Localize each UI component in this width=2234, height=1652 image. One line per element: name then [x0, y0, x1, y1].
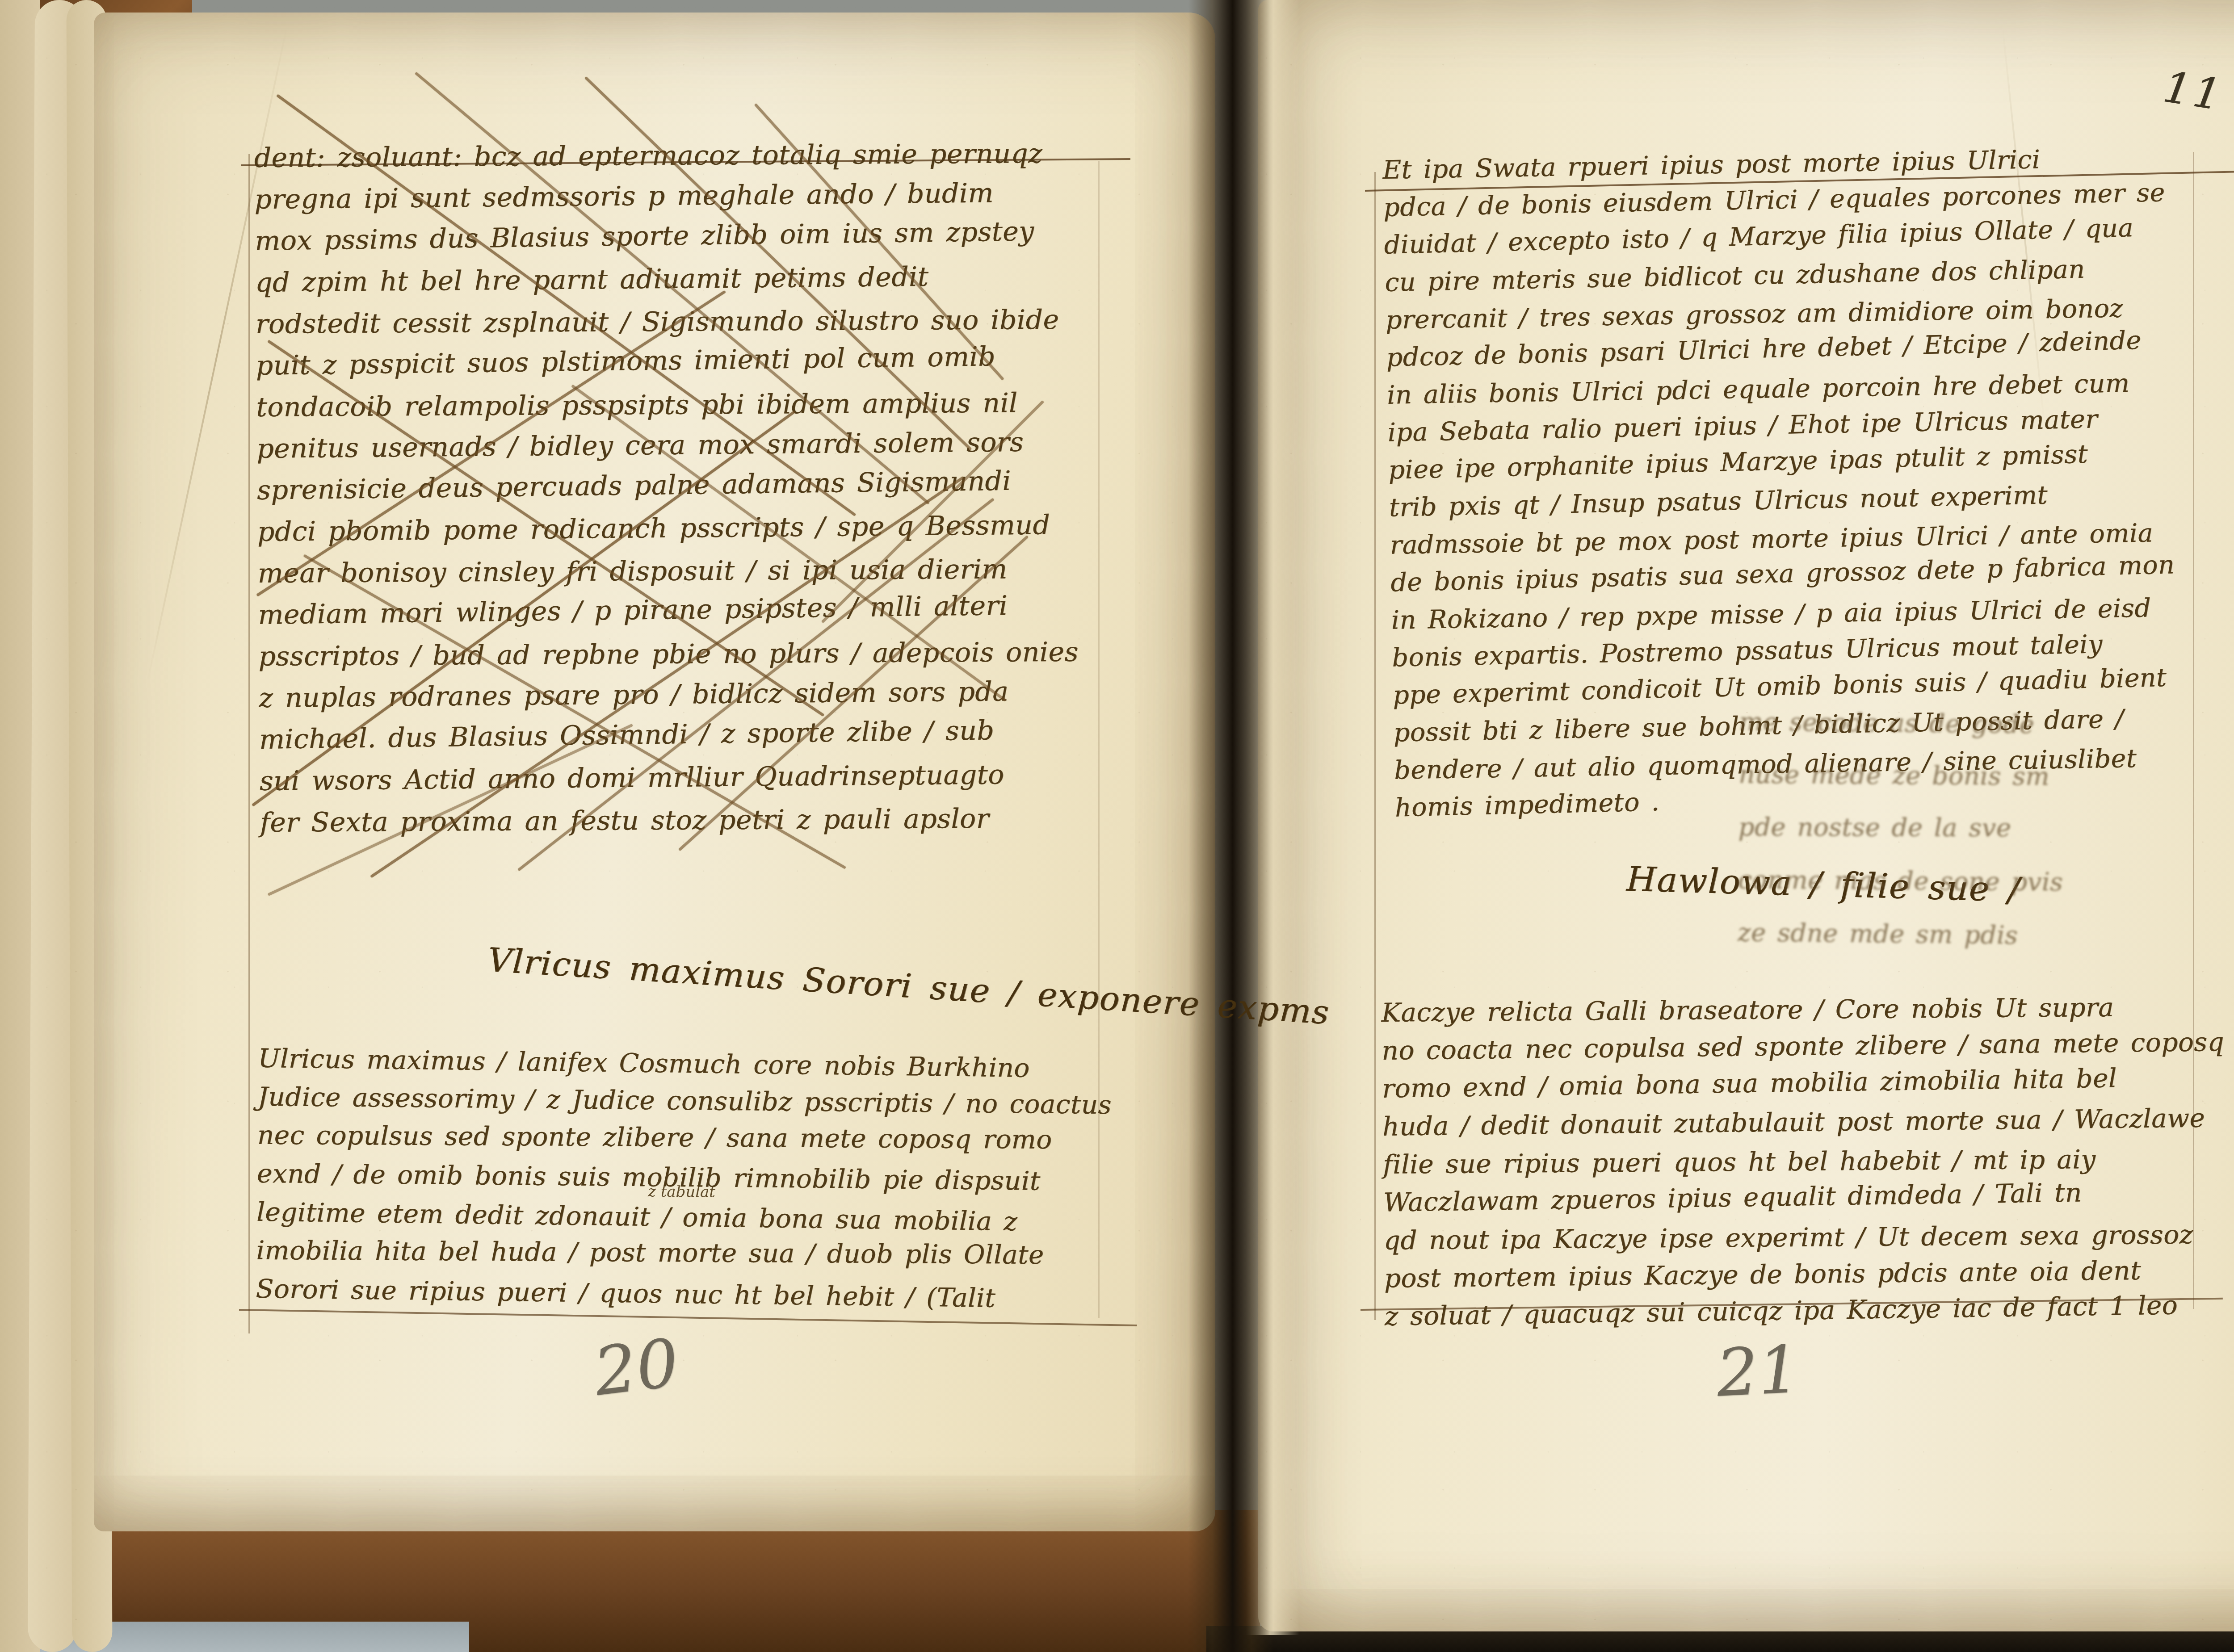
- manuscript-text-line: tondacoib relampolis psspsipts pbi ibide…: [256, 382, 1076, 428]
- manuscript-text-line: me secode as de gode: [1738, 696, 2064, 751]
- left-page-margin-ruling: [248, 154, 250, 1333]
- manuscript-photo: dent: zsoluant: bcz ad eptermacoz totali…: [0, 0, 2234, 1652]
- manuscript-text-line: qd zpim ht bel hre parnt adiuamit petims…: [255, 255, 1075, 304]
- manuscript-text-line: dent: zsoluant: bcz ad eptermacoz totali…: [254, 133, 1074, 179]
- book-gutter-shadow: [1188, 0, 1273, 1652]
- manuscript-text-line: psscriptos / bud ad repbne pbie no plurs…: [258, 632, 1079, 678]
- right-page-second-entry: Kaczye relicta Galli braseatore / Core n…: [1381, 985, 2227, 1336]
- right-page-ink-folio-number: 11: [2160, 62, 2227, 121]
- manuscript-text-line: pde nostse de la sve: [1738, 801, 2063, 855]
- manuscript-text-line: qd nout ipa Kaczye ipse experimt / Ut de…: [1384, 1216, 2226, 1260]
- manuscript-text-line: conme mas de sone pvis: [1738, 854, 2063, 909]
- right-page-pencil-folio-number: 21: [1715, 1331, 1801, 1411]
- manuscript-text-line: huda / dedit donauit zutabulauit post mo…: [1382, 1099, 2226, 1146]
- left-page-second-entry: Ulricus maximus / lanifex Cosmuch core n…: [256, 1039, 1112, 1316]
- manuscript-text-line: nuse mede ze bonis sm: [1738, 748, 2063, 803]
- manuscript-text-line: nec copulsus sed sponte zlibere / sana m…: [257, 1116, 1112, 1159]
- manuscript-text-line: Kaczye relicta Galli braseatore / Core n…: [1381, 988, 2224, 1032]
- manuscript-text-line: ze sdne mde sm pdis: [1737, 906, 2063, 962]
- manuscript-text-line: imobilia hita bel huda / post morte sua …: [256, 1231, 1110, 1275]
- manuscript-text-line: fer Sexta proxima an festu stoz petri z …: [260, 798, 1080, 844]
- manuscript-text-line: sui wsors Actid anno domi mrlliur Quadri…: [259, 754, 1079, 802]
- ink-bleedthrough-text: me secode as de godenuse mede ze bonis s…: [1737, 696, 2064, 961]
- left-page-pencil-folio-number: 20: [590, 1324, 683, 1411]
- right-page-margin-ruling: [1374, 172, 1376, 1320]
